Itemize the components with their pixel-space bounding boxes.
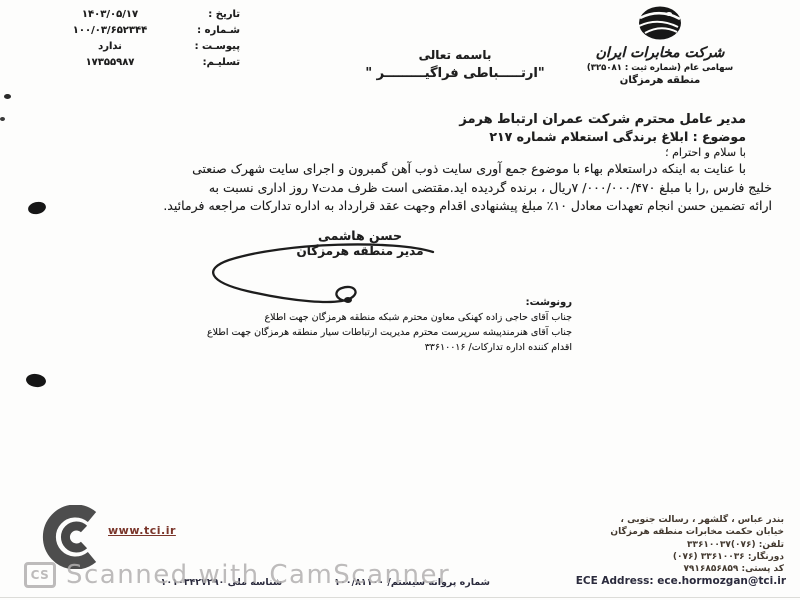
meta-value-number: ۱۰۰/۰۳/۶۵۲۳۴۴ <box>52 25 168 36</box>
footer-fax-line: دورنگار: ۳۳۶۱۰۰۳۶ (۰۷۶) <box>554 551 784 563</box>
center-heading: باسمه تعالی "ارتـــــباطی فراگیـــــــــ… <box>330 48 580 81</box>
meta-row-number: شـماره : ۱۰۰/۰۳/۶۵۲۳۴۴ <box>28 25 240 41</box>
camscanner-watermark-text: Scanned with CamScanner <box>66 560 450 590</box>
letterhead: شرکت مخابرات ایران سهامی عام (شماره ثبت … <box>565 4 755 86</box>
scan-speck-artifact <box>0 117 5 121</box>
meta-row-date: تاریخ : ۱۴۰۳/۰۵/۱۷ <box>28 9 240 25</box>
besmellah: باسمه تعالی <box>330 48 580 62</box>
scanned-letter-page: تاریخ : ۱۴۰۳/۰۵/۱۷ شـماره : ۱۰۰/۰۳/۶۵۲۳۴… <box>0 0 800 600</box>
slogan: "ارتـــــباطی فراگیـــــــــر " <box>330 66 580 81</box>
camscanner-watermark: CS Scanned with CamScanner <box>24 560 450 590</box>
meta-value-attachment: ندارد <box>52 41 168 52</box>
meta-label-number: شـماره : <box>168 25 240 36</box>
footer-phone-line: تلفن: (۰۷۶)۳۳۶۱۰۰۳۷ <box>554 539 784 551</box>
meta-value-registry: ۱۷۳۵۵۹۸۷ <box>52 57 168 68</box>
meta-row-registry: تسلیـم: ۱۷۳۵۵۹۸۷ <box>28 57 240 73</box>
meta-row-attachment: پیوسـت : ندارد <box>28 41 240 57</box>
scan-speck-artifact <box>4 94 11 99</box>
footer-address-line: خیابان حکمت مخابرات منطقه هرمزگان <box>554 526 784 538</box>
ece-address: ECE Address: ece.hormozgan@tci.ir <box>576 575 786 587</box>
meta-label-date: تاریخ : <box>168 9 240 20</box>
subject: موضوع : ابلاغ برندگی استعلام شماره ۲۱۷ <box>28 128 746 145</box>
footer-postal-code-line: کد پستی: ۷۹۱۶۸۵۶۸۵۹ <box>554 563 784 575</box>
cc-block: رونوشت: جناب آقای حاجی زاده کهنکی معاون … <box>92 296 572 355</box>
footer-address-block: بندر عباس ، گلشهر ، رسالت جنوبی ، خیابان… <box>554 514 784 575</box>
cc-line: جناب آقای هنرمندپیشه سرپرست محترم مدیریت… <box>92 325 572 340</box>
website-link: www.tci.ir <box>108 524 176 537</box>
meta-label-attachment: پیوسـت : <box>168 41 240 52</box>
tci-emblem-icon <box>634 4 686 44</box>
scan-bottom-edge-line <box>0 597 800 598</box>
cc-line: جناب آقای حاجی زاده کهنکی معاون محترم شب… <box>92 310 572 325</box>
region-name: منطقه هرمزگان <box>565 75 755 86</box>
scan-blob-artifact <box>25 373 47 389</box>
meta-label-registry: تسلیـم: <box>168 57 240 68</box>
meta-value-date: ۱۴۰۳/۰۵/۱۷ <box>52 9 168 20</box>
body-line: ارائه تضمین حسن انجام تعهدات معادل ۱۰٪ م… <box>28 197 772 216</box>
company-registration: سهامی عام (شماره ثبت : ۳۲۵۰۸۱) <box>565 63 755 73</box>
body-line: با عنایت به اینکه دراستعلام بهاء با موضو… <box>28 160 746 179</box>
body-line: خلیج فارس ,را با مبلغ ۰۰۰/۰۰۰/۴۷۰/ ۷ریال… <box>28 179 772 198</box>
company-name: شرکت مخابرات ایران <box>565 45 755 61</box>
letter-content: مدیر عامل محترم شرکت عمران ارتباط هرمز م… <box>28 111 772 216</box>
letter-meta-fields: تاریخ : ۱۴۰۳/۰۵/۱۷ شـماره : ۱۰۰/۰۳/۶۵۲۳۴… <box>28 9 240 73</box>
cc-line: اقدام کننده اداره تدارکات/ ۳۳۶۱۰۰۱۶ <box>92 340 572 355</box>
cc-heading: رونوشت: <box>92 296 572 310</box>
salutation: با سلام و احترام ؛ <box>28 145 746 160</box>
camscanner-badge-icon: CS <box>24 562 56 588</box>
recipient: مدیر عامل محترم شرکت عمران ارتباط هرمز <box>28 111 746 128</box>
footer-address-line: بندر عباس ، گلشهر ، رسالت جنوبی ، <box>554 514 784 526</box>
